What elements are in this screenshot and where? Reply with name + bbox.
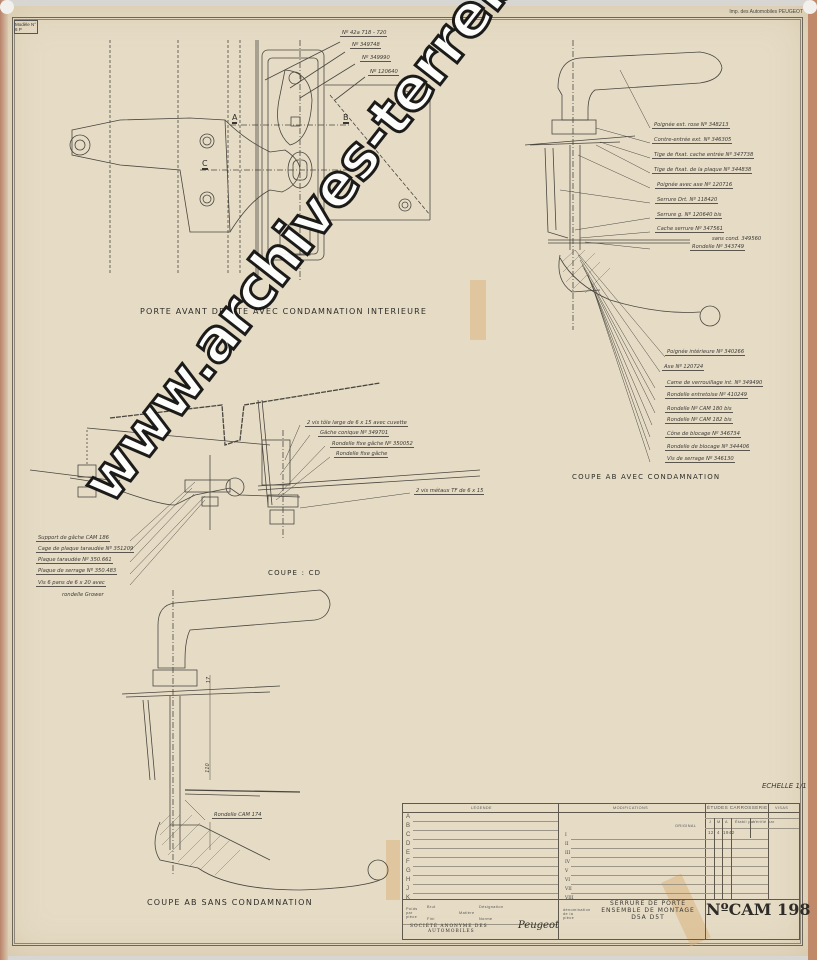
legend-row-b: B — [406, 823, 410, 829]
legend-row-f: F — [406, 859, 410, 865]
tb-line — [571, 848, 768, 849]
coupe-ab-sans-title: COUPE AB SANS CONDAMNATION — [147, 898, 313, 907]
tb-divider — [722, 818, 723, 899]
tb-line — [571, 884, 768, 885]
matiere-label: Matière — [459, 911, 474, 915]
tb-line — [413, 821, 558, 822]
brut-label: Brut — [427, 905, 436, 909]
legend-row-e: E — [406, 850, 410, 856]
callout-ab-lower-6: Rondelle Nº CAM 182 bis — [665, 417, 733, 424]
legend-row-h: H — [406, 877, 410, 883]
norme-label: Norme — [479, 917, 492, 921]
piece-line-2: ENSEMBLE DE MONTAGE — [598, 907, 698, 914]
callout-cd-right-2: Gâche conique Nº 349701 — [318, 430, 389, 437]
mod-row-1: I — [565, 833, 567, 838]
callout-cd-left-1: Support de gâche CAM 186 — [36, 535, 110, 542]
tb-divider — [558, 804, 559, 939]
callout-sans-1: Rondelle CAM 174 — [212, 812, 262, 819]
callout-cd-right-1: 2 vis tôle large de 6 x 15 avec cuvette — [305, 420, 408, 427]
scale: ECHELLE 1/1 — [762, 782, 807, 790]
legend-header: LÉGENDE — [471, 806, 492, 810]
tb-line — [413, 830, 558, 831]
tb-divider — [750, 818, 751, 838]
tb-line — [571, 857, 768, 858]
mod-row-7: VII — [565, 887, 572, 892]
tb-line — [705, 818, 799, 819]
drawing-number: NºCAM 198 — [706, 900, 810, 919]
mod-row-6: VI — [565, 878, 570, 883]
legend-row-g: G — [406, 868, 411, 874]
piece-line-1: SERRURE DE PORTE — [598, 900, 698, 907]
mod-row-5: V — [565, 869, 568, 874]
callout-cd-right-4: Rondelle fixe gâche — [334, 451, 388, 458]
callout-ab-lower-7: Cône de blocage Nº 346734 — [665, 431, 741, 438]
tb-line — [705, 828, 799, 829]
etudes-col-m: M — [717, 820, 721, 824]
callout-ab-lower-9: Vis de serrage Nº 346130 — [665, 456, 735, 463]
tb-line — [413, 884, 558, 885]
etudes-val-day: 12 — [708, 830, 714, 835]
tb-line — [571, 866, 768, 867]
legend-row-j: J — [406, 886, 409, 892]
tb-divider — [731, 818, 732, 899]
callout-ab-upper-7: Serrure g. Nº 120640 bis — [655, 212, 722, 219]
denomination-label: dénomination de la pièce — [563, 908, 585, 920]
etudes-col-j: J — [709, 820, 711, 824]
callout-ab-upper-1: Poignée ext. rose Nº 348213 — [652, 122, 730, 129]
company-line-2: AUTOMOBILES — [410, 929, 488, 934]
callout-ab-lower-2: Axe Nº 120724 — [662, 364, 704, 371]
legend-row-a: A — [406, 814, 410, 820]
callout-ab-lower-8: Rondelle de blocage Nº 344406 — [665, 444, 750, 451]
poids-label: Poids par pièce — [406, 907, 422, 919]
coupe-ab-avec-title: COUPE AB AVEC CONDAMNATION — [572, 473, 720, 481]
designation-label: Désignation — [479, 905, 503, 909]
top-view-title: PORTE AVANT DROITE AVEC CONDAMNATION INT… — [140, 307, 427, 316]
piece-name: SERRURE DE PORTE ENSEMBLE DE MONTAGE D5A… — [598, 900, 698, 921]
callout-top-3: Nº 349990 — [360, 55, 391, 62]
callout-ab-upper-6: Serrure Drt. Nº 118420 — [655, 197, 718, 204]
legend-row-d: D — [406, 841, 410, 847]
legend-row-c: C — [406, 832, 410, 838]
scale-label: ECHELLE — [762, 782, 793, 790]
section-mark-a: A — [232, 113, 237, 124]
piece-line-3: D5A D5T — [598, 914, 698, 921]
callout-cd-left-5: Vis 6 pans de 6 x 20 avec — [36, 580, 106, 587]
visa-header: VISAS — [775, 806, 788, 810]
mod-row-4: IV — [565, 860, 570, 865]
etudes-header: ÉTUDES CARROSSERIE — [707, 805, 768, 810]
scale-value: 1/1 — [795, 782, 806, 790]
legend-row-k: K — [406, 895, 410, 901]
tb-divider — [714, 818, 715, 899]
callout-cd-left-6: rondelle Grower — [60, 592, 105, 598]
callout-top-1: Nº 42a 718 - 720 — [340, 30, 387, 37]
dimension-110: 110 — [205, 763, 211, 773]
callout-ab-lower-5: Rondelle Nº CAM 180 bis — [665, 406, 733, 413]
tb-line — [413, 839, 558, 840]
callout-ab-lower-3: Came de verrouillage int. Nº 349490 — [665, 380, 763, 387]
etudes-col-a: A — [725, 820, 728, 824]
callout-ab-upper-10: Rondelle Nº 343749 — [690, 244, 745, 251]
callout-ab-upper-4: Tige de fixat. de la plaque Nº 344838 — [652, 167, 752, 174]
callout-ab-upper-3: Tige de fixat. cache entrée Nº 347738 — [652, 152, 754, 159]
etudes-val-month: 4 — [717, 830, 720, 835]
callout-cd-left-3: Plaque taraudée Nº 350.661 — [36, 557, 113, 564]
company-name: SOCIÉTÉ ANONYME DES AUTOMOBILES — [410, 924, 488, 934]
tb-line — [571, 875, 768, 876]
etudes-val-year: 1942 — [723, 830, 735, 835]
callout-ab-upper-9: sans cond. 349560 — [710, 236, 762, 242]
callout-ab-upper-8: Cache serrure Nº 347561 — [655, 226, 724, 233]
section-mark-c: C — [202, 159, 208, 170]
tb-line — [413, 866, 558, 867]
original-label: ORIGINAL — [675, 824, 696, 828]
coupe-cd-title: COUPE : CD — [268, 569, 321, 577]
callout-top-2: Nº 349748 — [350, 42, 381, 49]
callout-ab-upper-2: Contre-entrée ext. Nº 346305 — [652, 137, 732, 144]
callout-cd-right-5: 2 vis métaux TF de 6 x 15 — [414, 488, 484, 495]
callout-cd-left-2: Cage de plaque taraudée Nº 351209 — [36, 546, 134, 553]
tb-line — [413, 875, 558, 876]
tb-line — [413, 848, 558, 849]
tb-line — [413, 893, 558, 894]
tb-line — [413, 857, 558, 858]
tb-line — [571, 839, 768, 840]
mod-row-3: III — [565, 851, 570, 856]
callout-ab-lower-4: Rondelle entretoise Nº 410249 — [665, 392, 748, 399]
callout-ab-lower-1: Poignée intérieure Nº 340266 — [665, 349, 745, 356]
dimension-17: 17 — [206, 677, 212, 683]
callout-cd-left-4: Plaque de serrage Nº 350.483 — [36, 568, 117, 575]
callout-ab-upper-5: Poignée avec axe Nº 120716 — [655, 182, 733, 189]
brand-logo: Peugeot — [518, 920, 559, 931]
etudes-col-verifie: Vérifié par — [753, 820, 775, 824]
modifications-header: MODIFICATIONS — [613, 806, 648, 810]
mod-row-2: II — [565, 842, 569, 847]
tb-line — [571, 893, 768, 894]
tb-header-line — [403, 812, 799, 813]
callout-cd-right-3: Rondelle fixe gâche Nº 350052 — [330, 441, 414, 448]
fini-label: Fini — [427, 917, 435, 921]
